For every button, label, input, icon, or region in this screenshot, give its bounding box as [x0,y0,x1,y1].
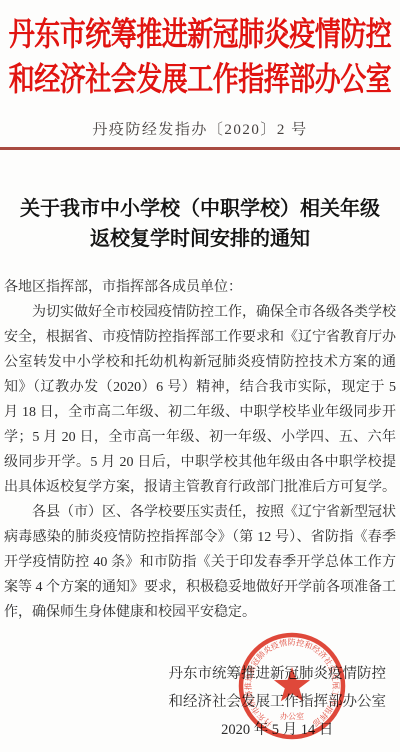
letterhead-org-name: 丹东市统筹推进新冠肺炎疫情防控 和经济社会发展工作指挥部办公室 [0,0,400,103]
document-number: 丹疫防经发指办〔2020〕2 号 [0,118,400,139]
letterhead-org-line-2: 和经济社会发展工作指挥部办公室 [0,58,400,103]
signature-org-line-2: 和经济社会发展工作指挥部办公室 [169,688,387,716]
body-paragraph-1: 为切实做好全市校园疫情防控工作，确保全市各级各类学校安全，根据省、市疫情防控指挥… [4,300,396,500]
signature-block: 丹东市统筹推进新冠肺炎疫情防控 和经济社会发展工作指挥部办公室 2020 年 5… [169,660,387,744]
document-body: 各地区指挥部，市指挥部各成员单位： 为切实做好全市校园疫情防控工作，确保全市各级… [4,275,396,625]
letterhead-org-line-1: 丹东市统筹推进新冠肺炎疫情防控 [0,13,400,58]
salutation-line: 各地区指挥部，市指挥部各成员单位： [4,275,396,300]
body-paragraph-2: 各县（市）区、各学校要压实责任，按照《辽宁省新型冠状病毒感染的肺炎疫情防控指挥部… [4,500,396,625]
document-title-line-1: 关于我市中小学校（中职学校）相关年级 [0,194,400,224]
red-separator-rule [0,147,400,150]
document-title: 关于我市中小学校（中职学校）相关年级 返校复学时间安排的通知 [0,194,400,254]
document-title-line-2: 返校复学时间安排的通知 [0,224,400,254]
official-document-page: 丹东市统筹推进新冠肺炎疫情防控 和经济社会发展工作指挥部办公室 丹疫防经发指办〔… [0,0,400,752]
signature-org-line-1: 丹东市统筹推进新冠肺炎疫情防控 [169,660,387,688]
signature-date: 2020 年 5 月 14 日 [169,716,387,744]
